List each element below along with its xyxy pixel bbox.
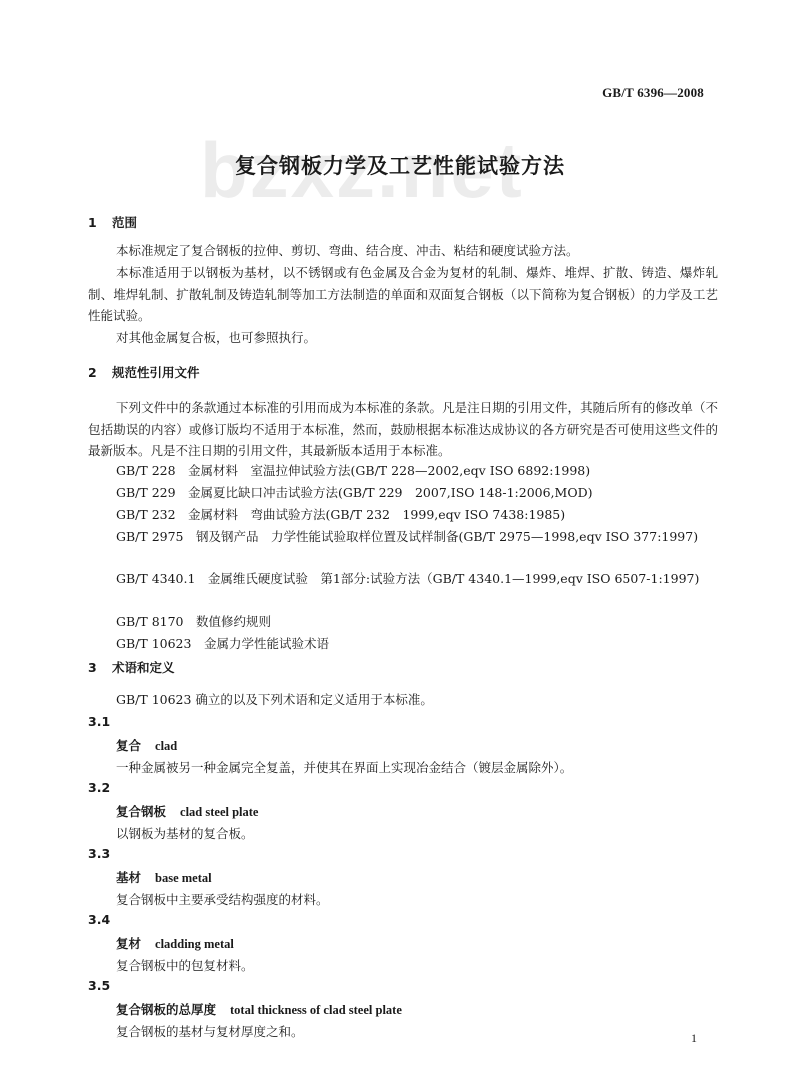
section-number: 3: [88, 657, 112, 679]
section-number: 2: [88, 362, 112, 384]
term-definition: 复合钢板的基材与复材厚度之和。: [88, 1021, 746, 1043]
term-definition: 以钢板为基材的复合板。: [88, 823, 746, 845]
reference-item: GB/T 8170 数值修约规则: [88, 611, 746, 633]
scope-paragraph-3: 对其他金属复合板，也可参照执行。: [88, 327, 718, 349]
section-1-heading: 1范围: [88, 212, 718, 234]
reference-item: GB/T 4340.1 金属维氏硬度试验 第1部分:试验方法（GB/T 4340…: [88, 568, 718, 590]
term-definition: 一种金属被另一种金属完全复盖，并使其在界面上实现冶金结合（镀层金属除外）。: [88, 757, 746, 779]
normative-intro: 下列文件中的条款通过本标准的引用而成为本标准的条款。凡是注日期的引用文件，其随后…: [88, 397, 718, 462]
section-2-heading: 2规范性引用文件: [88, 362, 718, 384]
reference-item: GB/T 2975 钢及钢产品 力学性能试验取样位置及试样制备(GB/T 297…: [88, 526, 718, 548]
reference-item: GB/T 10623 金属力学性能试验术语: [88, 633, 746, 655]
term-entry: 复材cladding metal: [88, 933, 746, 956]
document-title: 复合钢板力学及工艺性能试验方法: [0, 150, 800, 180]
clause-number: 3.5: [88, 975, 718, 997]
term-en: base metal: [155, 871, 212, 885]
scope-paragraph-1: 本标准规定了复合钢板的拉伸、剪切、弯曲、结合度、冲击、粘结和硬度试验方法。: [88, 240, 718, 262]
term-definition: 复合钢板中的包复材料。: [88, 955, 746, 977]
term-zh: 复合钢板的总厚度: [116, 1002, 216, 1017]
term-entry: 复合钢板的总厚度total thickness of clad steel pl…: [88, 999, 746, 1022]
term-en: clad: [155, 739, 177, 753]
term-zh: 复合: [116, 738, 141, 753]
term-definition: 复合钢板中主要承受结构强度的材料。: [88, 889, 746, 911]
section-title: 术语和定义: [112, 660, 175, 675]
term-en: total thickness of clad steel plate: [230, 1003, 402, 1017]
standard-number: GB/T 6396—2008: [602, 85, 704, 101]
reference-item: GB/T 229 金属夏比缺口冲击试验方法(GB/T 229 2007,ISO …: [88, 482, 746, 504]
section-title: 范围: [112, 215, 137, 230]
section-title: 规范性引用文件: [112, 365, 200, 380]
term-zh: 复合钢板: [116, 804, 166, 819]
section-number: 1: [88, 212, 112, 234]
reference-item: GB/T 232 金属材料 弯曲试验方法(GB/T 232 1999,eqv I…: [88, 504, 746, 526]
term-zh: 基材: [116, 870, 141, 885]
term-en: cladding metal: [155, 937, 234, 951]
term-entry: 复合钢板clad steel plate: [88, 801, 746, 824]
term-entry: 基材base metal: [88, 867, 746, 890]
term-zh: 复材: [116, 936, 141, 951]
reference-item: GB/T 228 金属材料 室温拉伸试验方法(GB/T 228—2002,eqv…: [88, 460, 746, 482]
clause-number: 3.3: [88, 843, 718, 865]
terms-intro: GB/T 10623 确立的以及下列术语和定义适用于本标准。: [88, 689, 718, 711]
clause-number: 3.1: [88, 711, 718, 733]
clause-number: 3.2: [88, 777, 718, 799]
scope-paragraph-2: 本标准适用于以钢板为基材，以不锈钢或有色金属及合金为复材的轧制、爆炸、堆焊、扩散…: [88, 262, 718, 327]
term-entry: 复合clad: [88, 735, 746, 758]
term-en: clad steel plate: [180, 805, 258, 819]
clause-number: 3.4: [88, 909, 718, 931]
section-3-heading: 3术语和定义: [88, 657, 718, 679]
